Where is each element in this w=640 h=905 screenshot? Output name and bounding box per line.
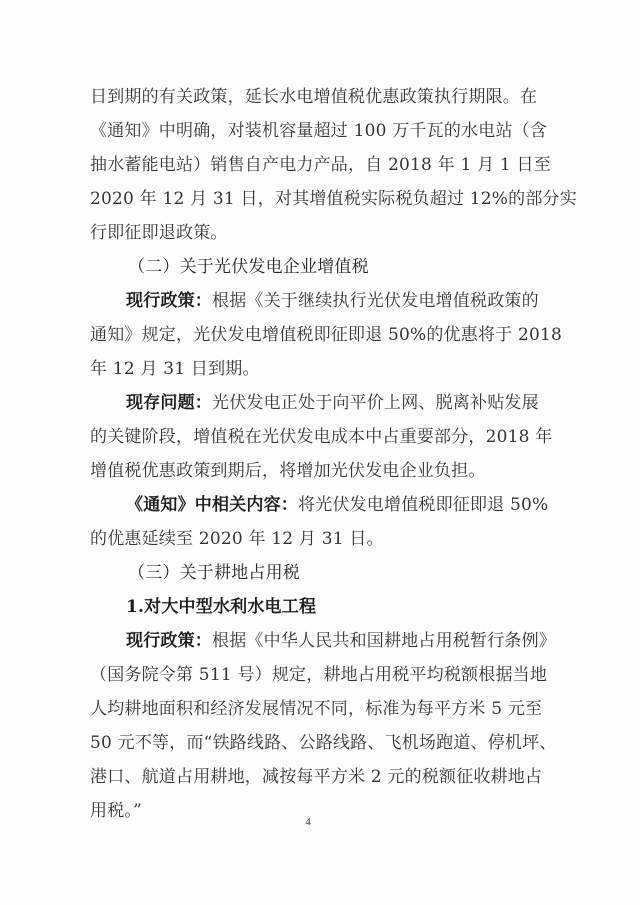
paragraph-line: 抽水蓄能电站）销售自产电力产品，自 2018 年 1 月 1 日至 <box>90 148 524 182</box>
paragraph-line: 的关键阶段，增值税在光伏发电成本中占重要部分，2018 年 <box>90 420 524 454</box>
notice-content-text: 将光伏发电增值税即征即退 50% <box>298 495 548 515</box>
current-policy-line: 现行政策：根据《中华人民共和国耕地占用税暂行条例》 <box>90 624 524 658</box>
paragraph-line: 通知》规定，光伏发电增值税即征即退 50%的优惠将于 2018 <box>90 318 524 352</box>
paragraph-line: 2020 年 12 月 31 日，对其增值税实际税负超过 12%的部分实 <box>90 182 524 216</box>
current-policy-label: 现行政策： <box>126 291 212 311</box>
paragraph-line: 港口、航道占用耕地，减按每平方米 2 元的税额征收耕地占 <box>90 760 524 794</box>
current-policy-text: 根据《中华人民共和国耕地占用税暂行条例》 <box>212 631 556 651</box>
paragraph-line: 行即征即退政策。 <box>90 216 524 250</box>
section-heading-pv-vat: （二）关于光伏发电企业增值税 <box>90 250 524 284</box>
paragraph-line: 的优惠延续至 2020 年 12 月 31 日。 <box>90 522 524 556</box>
notice-content-line: 《通知》中相关内容：将光伏发电增值税即征即退 50% <box>90 488 524 522</box>
subheading-hydro-projects: 1.对大中型水利水电工程 <box>90 590 524 624</box>
paragraph-line: 增值税优惠政策到期后，将增加光伏发电企业负担。 <box>90 454 524 488</box>
paragraph-line: 《通知》中明确，对装机容量超过 100 万千瓦的水电站（含 <box>90 114 524 148</box>
paragraph-line: 人均耕地面积和经济发展情况不同，标准为每平方米 5 元至 <box>90 692 524 726</box>
paragraph-line: 年 12 月 31 日到期。 <box>90 352 524 386</box>
section-heading-farmland-tax: （三）关于耕地占用税 <box>90 556 524 590</box>
current-policy-line: 现行政策：根据《关于继续执行光伏发电增值税政策的 <box>90 284 524 318</box>
existing-problem-text: 光伏发电正处于向平价上网、脱离补贴发展 <box>212 393 539 413</box>
document-page: 日到期的有关政策，延长水电增值税优惠政策执行期限。在 《通知》中明确，对装机容量… <box>0 0 640 905</box>
current-policy-text: 根据《关于继续执行光伏发电增值税政策的 <box>212 291 539 311</box>
existing-problem-label: 现存问题： <box>126 393 212 413</box>
paragraph-line: 50 元不等，而“铁路线路、公路线路、飞机场跑道、停机坪、 <box>90 726 524 760</box>
existing-problem-line: 现存问题：光伏发电正处于向平价上网、脱离补贴发展 <box>90 386 524 420</box>
document-body: 日到期的有关政策，延长水电增值税优惠政策执行期限。在 《通知》中明确，对装机容量… <box>90 80 524 828</box>
current-policy-label: 现行政策： <box>126 631 212 651</box>
paragraph-line: （国务院令第 511 号）规定，耕地占用税平均税额根据当地 <box>90 658 524 692</box>
notice-content-label: 《通知》中相关内容： <box>126 495 298 515</box>
page-number: 4 <box>0 816 616 828</box>
subheading-text: 1.对大中型水利水电工程 <box>126 597 316 617</box>
paragraph-line: 日到期的有关政策，延长水电增值税优惠政策执行期限。在 <box>90 80 524 114</box>
